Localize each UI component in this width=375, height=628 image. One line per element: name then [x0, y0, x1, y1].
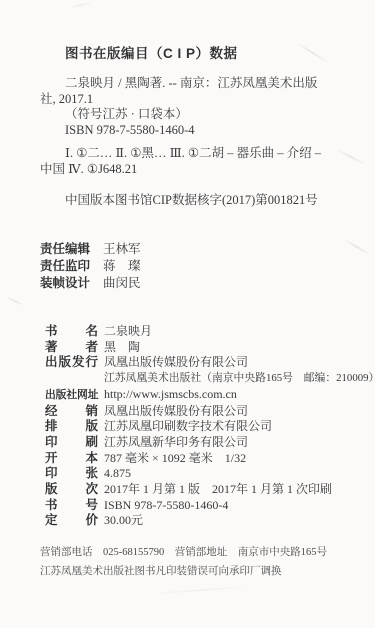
marketing-contact-line: 营销部电话 025-68155790 营销部地址 南京市中央路165号	[40, 543, 360, 562]
staff-value: 王林军	[103, 241, 141, 258]
publication-label: 排版	[45, 419, 98, 435]
table-row: 著者 黑 陶	[45, 340, 370, 356]
cip-classification-line: Ⅰ. ①二… Ⅱ. ①黑… Ⅲ. ①二胡 – 器乐曲 – 介绍 –	[40, 146, 360, 162]
cip-classification-line: 中国 Ⅳ. ①J648.21	[40, 162, 360, 178]
publication-value: 黑 陶	[104, 340, 140, 356]
publication-value: 2017年 1 月第 1 版 2017年 1 月第 1 次印刷	[104, 482, 332, 498]
publication-value: 江苏凤凰印刷数字技术有限公司	[104, 419, 272, 435]
publication-value: 凤凰出版传媒股份有限公司	[104, 355, 248, 371]
scan-artifact	[298, 43, 328, 62]
copyright-page: 图书在版编目（C I P）数据 二泉映月 / 黑陶著. -- 南京：江苏凤凰美术…	[0, 0, 375, 628]
table-row: 印刷 江苏凤凰新华印务有限公司	[45, 435, 370, 451]
publication-label: 印刷	[45, 435, 98, 451]
publication-label: 版次	[45, 482, 98, 498]
cip-record-number-line: 中国版本图书馆CIP数据核字(2017)第001821号	[40, 193, 360, 209]
publication-label: 印张	[45, 466, 98, 482]
staff-row: 装帧设计 曲闵民	[40, 275, 141, 292]
staff-row: 责任监印 蒋 璨	[40, 258, 141, 275]
publication-label: 开本	[45, 451, 98, 467]
table-row: 印张 4.875	[45, 466, 370, 482]
publication-value: 30.00元	[104, 513, 143, 529]
publication-label: 出版社网址	[45, 388, 98, 404]
cip-heading: 图书在版编目（C I P）数据	[65, 42, 238, 62]
table-row: 版次 2017年 1 月第 1 版 2017年 1 月第 1 次印刷	[45, 482, 370, 498]
staff-label: 责任监印	[40, 258, 95, 275]
staff-label: 装帧设计	[40, 275, 95, 292]
publication-label: 书名	[45, 324, 98, 340]
cip-series-line: （符号江苏 · 口袋本）	[40, 107, 360, 123]
scan-artifact	[7, 296, 24, 305]
publication-label: 出版发行	[45, 355, 98, 371]
staff-value: 曲闵民	[103, 275, 141, 292]
publication-value: 二泉映月	[104, 324, 152, 340]
table-row: 出版发行 凤凰出版传媒股份有限公司	[45, 355, 370, 371]
cip-section: 二泉映月 / 黑陶著. -- 南京：江苏凤凰美术出版 社, 2017.1 （符号…	[40, 76, 360, 209]
scan-artifact	[345, 240, 368, 254]
misprint-exchange-line: 江苏凤凰美术出版社图书凡印装错误可向承印厂调换	[40, 562, 360, 581]
staff-row: 责任编辑 王林军	[40, 241, 141, 258]
staff-label: 责任编辑	[40, 241, 95, 258]
scan-artifact	[160, 586, 245, 594]
table-row: 书号 ISBN 978-7-5580-1460-4	[45, 498, 370, 514]
publication-value: 4.875	[104, 466, 131, 482]
publication-value: ISBN 978-7-5580-1460-4	[104, 498, 228, 514]
table-row: 定价 30.00元	[45, 513, 370, 529]
publication-value: 凤凰出版传媒股份有限公司	[104, 404, 248, 420]
publication-label: 书号	[45, 498, 98, 514]
table-row: 书名 二泉映月	[45, 324, 370, 340]
publication-value: 江苏凤凰美术出版社（南京中央路165号 邮编：210009）	[104, 371, 375, 387]
staff-value: 蒋 璨	[103, 258, 141, 275]
publication-value: 787 毫米 × 1092 毫米 1/32	[104, 451, 246, 467]
staff-section: 责任编辑 王林军 责任监印 蒋 璨 装帧设计 曲闵民	[40, 241, 141, 292]
publication-label: 著者	[45, 340, 98, 356]
scan-artifact	[70, 2, 92, 8]
cip-isbn-line: ISBN 978-7-5580-1460-4	[40, 123, 360, 139]
table-row: 江苏凤凰美术出版社（南京中央路165号 邮编：210009）	[45, 371, 370, 387]
table-row: 经销 凤凰出版传媒股份有限公司	[45, 404, 370, 420]
notes-section: 营销部电话 025-68155790 营销部地址 南京市中央路165号 江苏凤凰…	[40, 543, 360, 581]
publication-label: 定价	[45, 513, 98, 529]
cip-line: 社, 2017.1	[40, 92, 360, 108]
publication-value: 江苏凤凰新华印务有限公司	[104, 435, 248, 451]
table-row: 出版社网址 http://www.jsmscbs.com.cn	[45, 387, 370, 404]
table-row: 开本 787 毫米 × 1092 毫米 1/32	[45, 451, 370, 467]
table-row: 排版 江苏凤凰印刷数字技术有限公司	[45, 419, 370, 435]
publication-label: 经销	[45, 404, 98, 420]
cip-line: 二泉映月 / 黑陶著. -- 南京：江苏凤凰美术出版	[40, 76, 360, 92]
publication-value: http://www.jsmscbs.com.cn	[104, 387, 237, 403]
publication-info-section: 书名 二泉映月 著者 黑 陶 出版发行 凤凰出版传媒股份有限公司 江苏凤凰美术出…	[45, 324, 370, 529]
